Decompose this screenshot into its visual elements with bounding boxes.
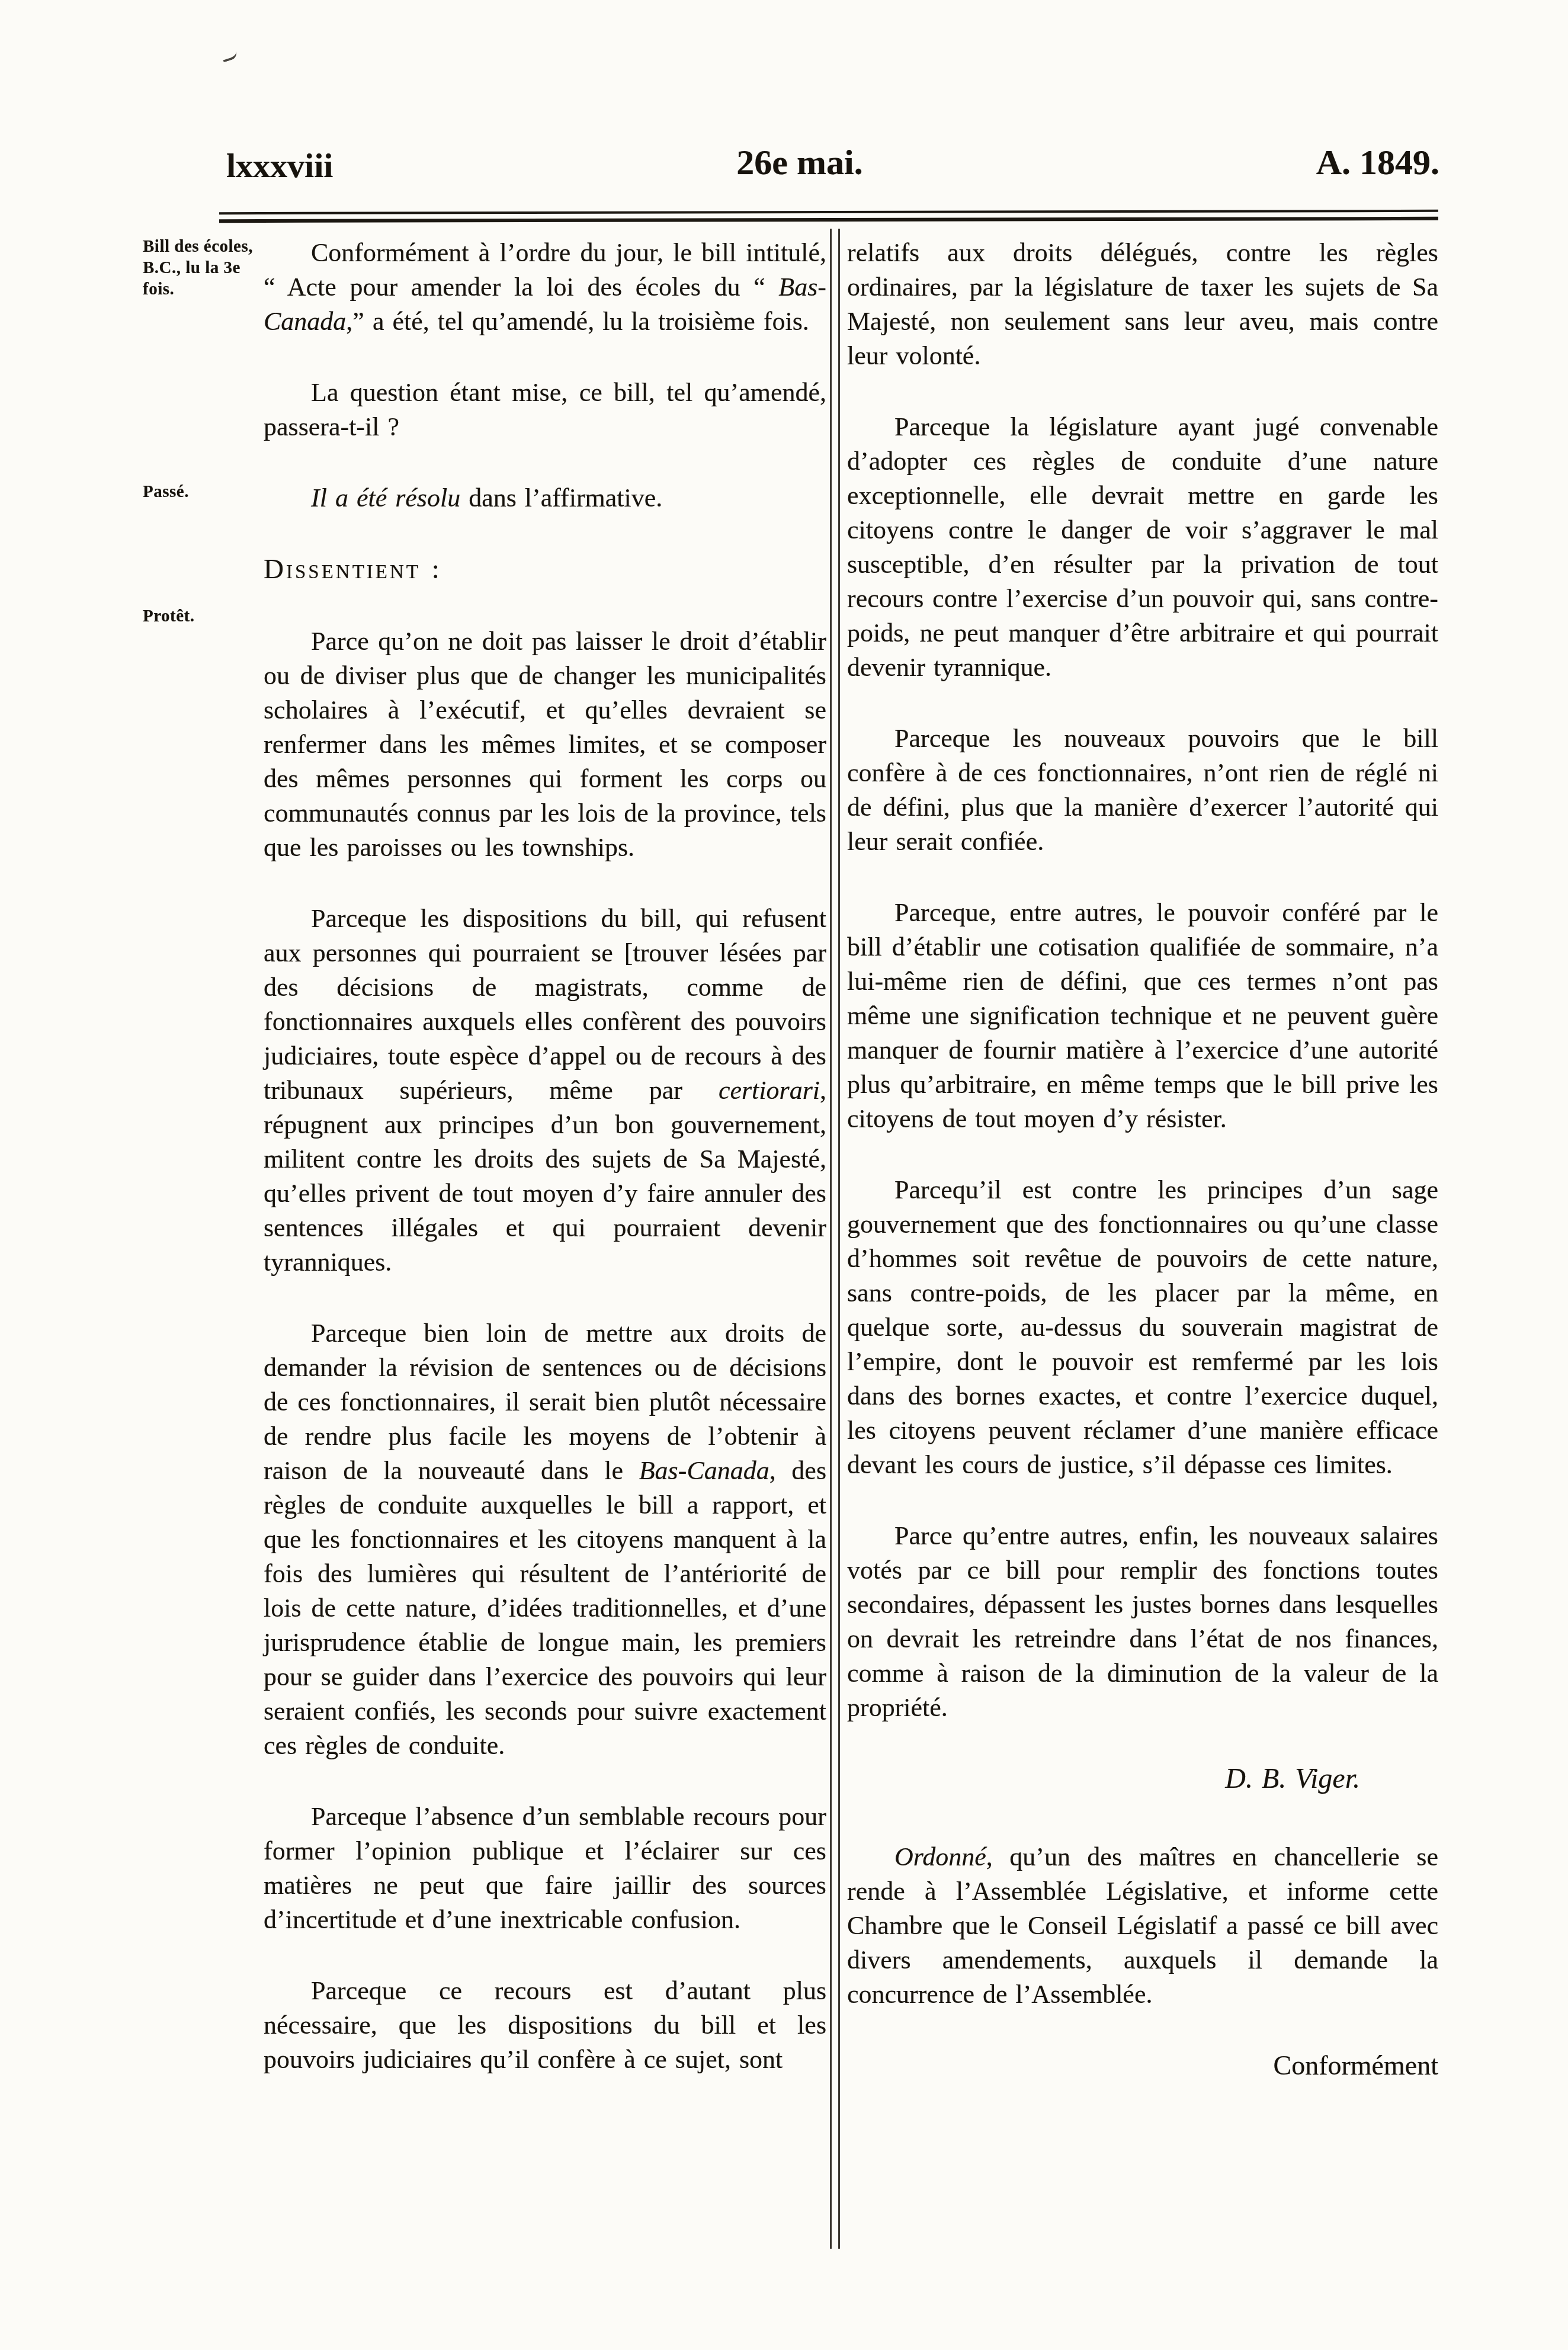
right-column: relatifs aux droits délégués, contre les…: [847, 236, 1438, 2083]
paragraph-protest-5-continued: relatifs aux droits délégués, contre les…: [847, 236, 1438, 373]
left-column: Conformément à l’ordre du jour, le bill …: [264, 236, 826, 2077]
text-segment: Parcequ’il est contre les principes d’un…: [847, 1175, 1438, 1479]
text-segment: La question étant mise, ce bill, tel qu’…: [264, 378, 826, 441]
paragraph-protest-10: Parce qu’entre autres, enfin, les nouvea…: [847, 1519, 1438, 1725]
paragraph-protest-6: Parceque la législature ayant jugé conve…: [847, 410, 1438, 685]
header-rule-thin: [219, 210, 1438, 214]
text-segment: Parceque les nouveaux pouvoirs que le bi…: [847, 724, 1438, 856]
page-folio: lxxxviii: [226, 146, 333, 185]
paragraph-protest-5: Parceque ce recours est d’autant plus né…: [264, 1974, 826, 2077]
paragraph-resolu: Il a été résolu dans l’affirmative.: [264, 481, 826, 515]
text-segment: Parceque la législature ayant jugé conve…: [847, 412, 1438, 682]
italic-segment: certiorari: [719, 1076, 820, 1105]
text-segment: , des règles de conduite auxquelles le b…: [264, 1456, 826, 1760]
scanned-page: { "page": { "colors": { "paper": "#fcfbf…: [0, 0, 1568, 2350]
text-segment: , répugnent aux principes d’un bon gouve…: [264, 1076, 826, 1277]
paragraph-question: La question étant mise, ce bill, tel qu’…: [264, 376, 826, 444]
paragraph-protest-1: Parce qu’on ne doit pas laisser le droit…: [264, 624, 826, 865]
margin-note-protet: Protêt.: [143, 605, 264, 627]
paragraph-protest-3: Parceque bien loin de mettre aux droits …: [264, 1316, 826, 1763]
text-segment: dans l’affirmative.: [460, 483, 662, 512]
text-segment: Parceque, entre autres, le pouvoir confé…: [847, 898, 1438, 1133]
paragraph-protest-4: Parceque l’absence d’un semblable recour…: [264, 1800, 826, 1937]
text-segment: ,” a été, tel qu’amendé, lu la troisième…: [346, 307, 809, 336]
margin-note-bill-des-ecoles: Bill des écoles, B.C., lu la 3e fois.: [143, 236, 264, 300]
header-rule: [219, 210, 1438, 223]
signature-d-b-viger: D. B. Viger.: [847, 1762, 1438, 1796]
text-segment: Parce qu’entre autres, enfin, les nouvea…: [847, 1521, 1438, 1722]
paragraph-protest-7: Parceque les nouveaux pouvoirs que le bi…: [847, 722, 1438, 859]
margin-note-passe: Passé.: [143, 481, 264, 502]
italic-segment: Ordonné: [894, 1842, 986, 1871]
running-head-date: 26e mai.: [652, 142, 948, 183]
text-segment: Conformément à l’ordre du jour, le bill …: [264, 238, 826, 302]
paragraph-protest-2: Parceque les dispositions du bill, qui r…: [264, 902, 826, 1280]
running-head-year: A. 1849.: [1214, 142, 1439, 183]
text-segment: Parceque les dispositions du bill, qui r…: [264, 904, 826, 1105]
italic-segment: Il a été résolu: [311, 483, 460, 512]
dissentient-heading: Dissentient :: [264, 552, 826, 586]
paragraph-protest-9: Parcequ’il est contre les principes d’un…: [847, 1173, 1438, 1482]
scan-artifact-mark: [220, 47, 238, 62]
italic-segment: Bas-Canada: [639, 1456, 769, 1485]
column-divider: [830, 229, 840, 2249]
text-segment: Parceque ce recours est d’autant plus né…: [264, 1976, 826, 2074]
text-segment: Parce qu’on ne doit pas laisser le droit…: [264, 627, 826, 862]
paragraph-protest-8: Parceque, entre autres, le pouvoir confé…: [847, 896, 1438, 1136]
text-segment: Parceque l’absence d’un semblable recour…: [264, 1802, 826, 1934]
text-segment: relatifs aux droits délégués, contre les…: [847, 238, 1438, 370]
header-rule-thick: [219, 217, 1438, 223]
catchword-conformement: Conformément: [847, 2048, 1438, 2083]
paragraph-bill-read-third-time: Conformément à l’ordre du jour, le bill …: [264, 236, 826, 339]
paragraph-ordonne: Ordonné, qu’un des maîtres en chanceller…: [847, 1840, 1438, 2012]
